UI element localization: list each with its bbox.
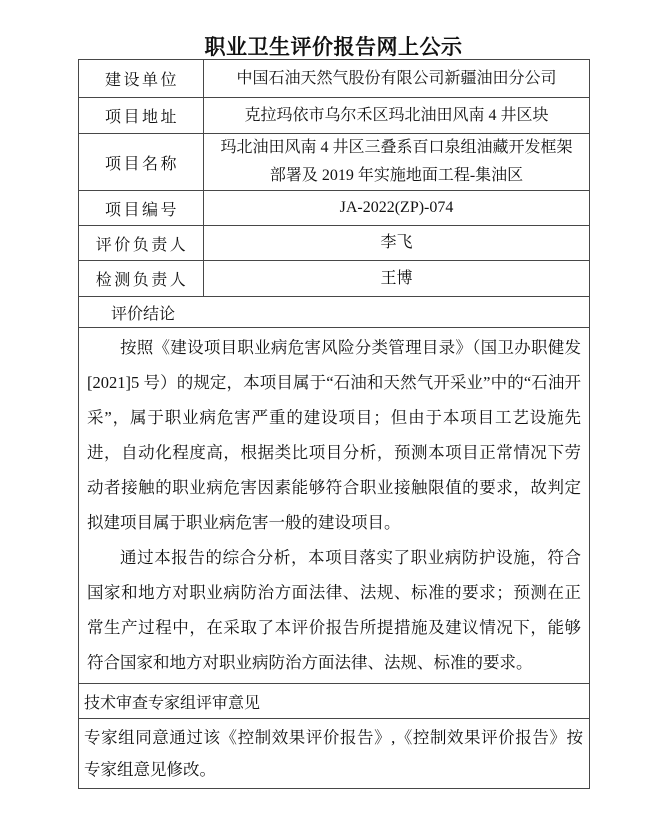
conclusion-body-cell: 按照《建设项目职业病危害风险分类管理目录》（国卫办职健发[2021]5 号）的规…: [79, 328, 590, 684]
field-value-project-number: JA-2022(ZP)-074: [204, 191, 590, 226]
publicity-table: 建设单位 中国石油天然气股份有限公司新疆油田分公司 项目地址 克拉玛依市乌尔禾区…: [78, 59, 590, 789]
table-row-conclusion-body: 按照《建设项目职业病危害风险分类管理目录》（国卫办职健发[2021]5 号）的规…: [79, 328, 590, 684]
field-value-testing-leader: 王博: [204, 261, 590, 297]
table-row-evaluation-leader: 评价负责人 李飞: [79, 226, 590, 261]
table-row-project-name: 项目名称 玛北油田风南 4 井区三叠系百口泉组油藏开发框架部署及 2019 年实…: [79, 134, 590, 191]
field-label-project-address: 项目地址: [79, 98, 204, 134]
conclusion-paragraph-2: 通过本报告的综合分析，本项目落实了职业病防护设施，符合国家和地方对职业病防治方面…: [87, 540, 581, 680]
field-value-project-address: 克拉玛依市乌尔禾区玛北油田风南 4 井区块: [204, 98, 590, 134]
table-row-construction-unit: 建设单位 中国石油天然气股份有限公司新疆油田分公司: [79, 60, 590, 98]
conclusion-label: 评价结论: [79, 297, 590, 328]
field-value-project-name: 玛北油田风南 4 井区三叠系百口泉组油藏开发框架部署及 2019 年实施地面工程…: [204, 134, 590, 191]
field-value-construction-unit: 中国石油天然气股份有限公司新疆油田分公司: [204, 60, 590, 98]
field-label-testing-leader: 检测负责人: [79, 261, 204, 297]
table-row-project-address: 项目地址 克拉玛依市乌尔禾区玛北油田风南 4 井区块: [79, 98, 590, 134]
review-label: 技术审查专家组评审意见: [79, 684, 590, 719]
field-label-construction-unit: 建设单位: [79, 60, 204, 98]
field-label-project-name: 项目名称: [79, 134, 204, 191]
field-label-project-number: 项目编号: [79, 191, 204, 226]
table-row-review-opinion: 专家组同意通过该《控制效果评价报告》,《控制效果评价报告》按专家组意见修改。: [79, 719, 590, 789]
table-row-project-number: 项目编号 JA-2022(ZP)-074: [79, 191, 590, 226]
conclusion-paragraph-1: 按照《建设项目职业病危害风险分类管理目录》（国卫办职健发[2021]5 号）的规…: [87, 330, 581, 540]
field-label-evaluation-leader: 评价负责人: [79, 226, 204, 261]
table-row-review-header: 技术审查专家组评审意见: [79, 684, 590, 719]
table-row-testing-leader: 检测负责人 王博: [79, 261, 590, 297]
table-row-conclusion-header: 评价结论: [79, 297, 590, 328]
field-value-evaluation-leader: 李飞: [204, 226, 590, 261]
page-title: 职业卫生评价报告网上公示: [78, 31, 589, 61]
review-opinion: 专家组同意通过该《控制效果评价报告》,《控制效果评价报告》按专家组意见修改。: [79, 719, 590, 789]
